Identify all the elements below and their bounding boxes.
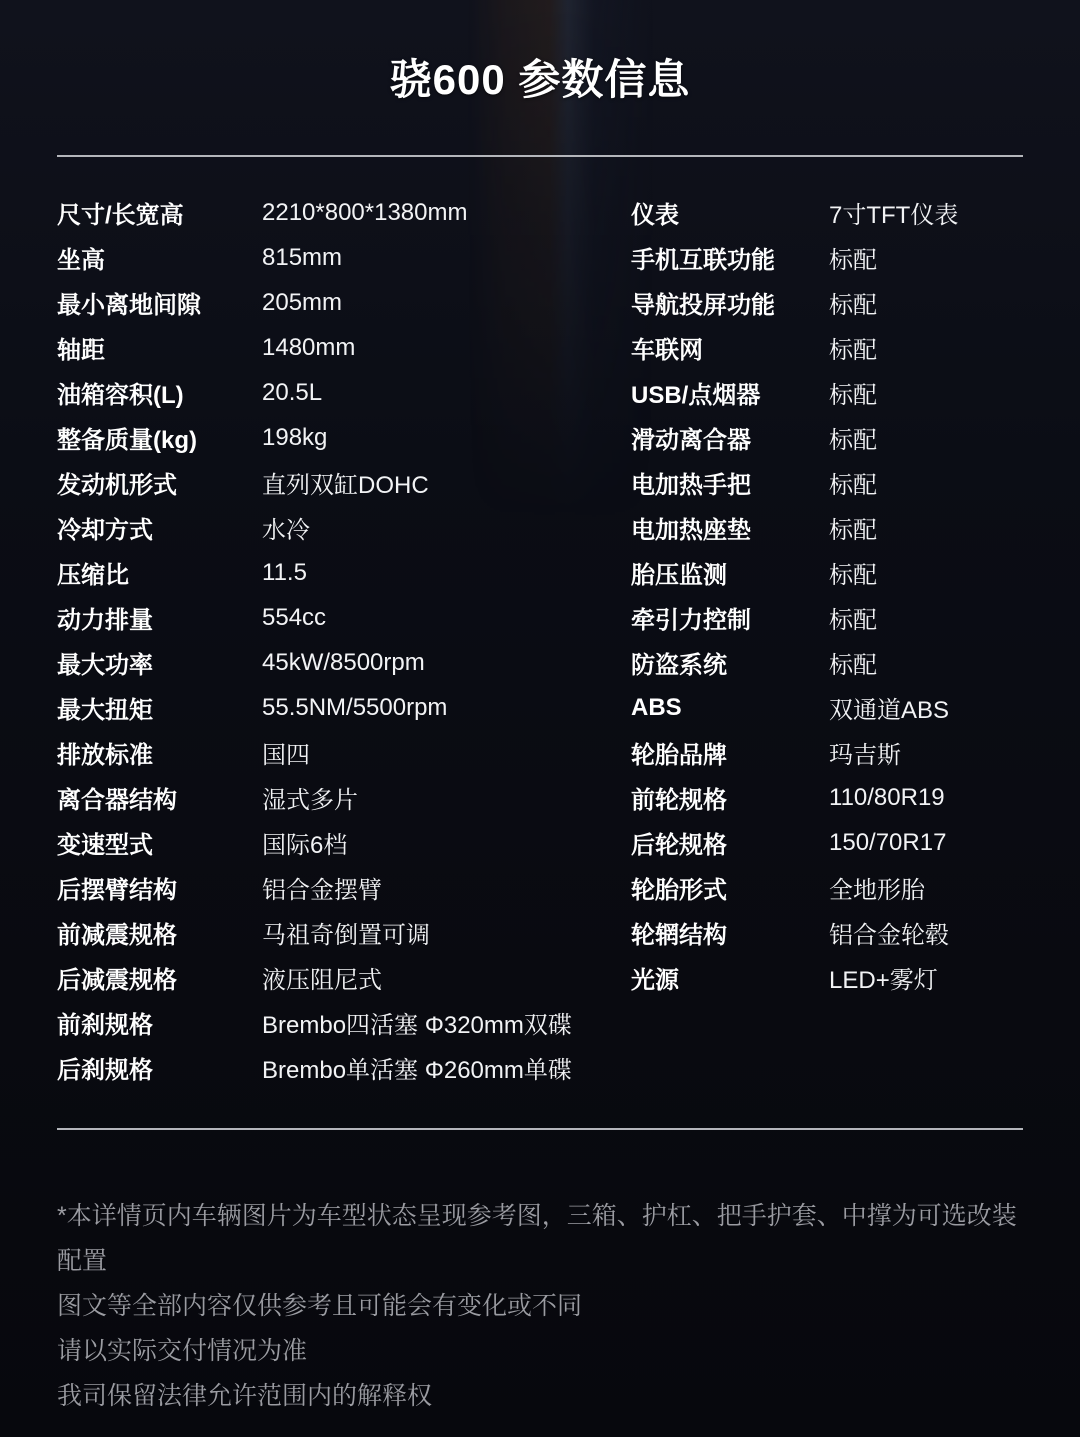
spec-label-right: 牵引力控制	[631, 600, 829, 635]
spec-value-right: 铝合金轮毂	[829, 915, 1023, 950]
spec-label-left: 前减震规格	[57, 915, 262, 950]
spec-label-left: 后摆臂结构	[57, 870, 262, 905]
spec-label-right: 车联网	[631, 330, 829, 365]
spec-value-left: 水冷	[262, 510, 631, 545]
spec-value-left: 直列双缸DOHC	[262, 465, 631, 500]
spec-label-left: 坐高	[57, 240, 262, 275]
spec-value-right: 7寸TFT仪表	[829, 195, 1023, 230]
spec-value-left: 45kW/8500rpm	[262, 649, 631, 677]
spec-value-right: 标配	[829, 330, 1023, 365]
spec-value-left: 液压阻尼式	[262, 960, 631, 995]
spec-value-left: 国际6档	[262, 825, 631, 860]
spec-label-left: 最大功率	[57, 645, 262, 680]
footnote-line: 图文等全部内容仅供参考且可能会有变化或不同	[57, 1284, 1023, 1329]
spec-label-left: 排放标准	[57, 735, 262, 770]
spec-value-right: 标配	[829, 510, 1023, 545]
footnotes: *本详情页内车辆图片为车型状态呈现参考图，三箱、护杠、把手护套、中撑为可选改装配…	[57, 1194, 1023, 1419]
spec-label-right: 轮辋结构	[631, 915, 829, 950]
spec-value-right: 标配	[829, 600, 1023, 635]
spec-label-left: 离合器结构	[57, 780, 262, 815]
spec-label-right: 胎压监测	[631, 555, 829, 590]
spec-label-left: 冷却方式	[57, 510, 262, 545]
footnote-line: 我司保留法律允许范围内的解释权	[57, 1374, 1023, 1419]
spec-value-left: 铝合金摆臂	[262, 870, 631, 905]
spec-label-right: 导航投屏功能	[631, 285, 829, 320]
spec-value-right: 玛吉斯	[829, 735, 1023, 770]
spec-value-left: Brembo四活塞 Φ320mm双碟	[262, 1005, 631, 1040]
spec-value-right: 标配	[829, 555, 1023, 590]
spec-label-left: 变速型式	[57, 825, 262, 860]
spec-label-right: 滑动离合器	[631, 420, 829, 455]
spec-value-left: 11.5	[262, 559, 631, 587]
spec-value-left: 2210*800*1380mm	[262, 199, 631, 227]
spec-label-right: 手机互联功能	[631, 240, 829, 275]
spec-value-left: 554cc	[262, 604, 631, 632]
top-divider	[57, 155, 1023, 157]
spec-label-right: 防盗系统	[631, 645, 829, 680]
spec-label-left: 油箱容积(L)	[57, 375, 262, 410]
spec-label-right: 轮胎形式	[631, 870, 829, 905]
spec-label-left: 发动机形式	[57, 465, 262, 500]
spec-value-left: 205mm	[262, 289, 631, 317]
spec-value-right: 110/80R19	[829, 784, 1023, 812]
spec-value-right: 标配	[829, 375, 1023, 410]
spec-value-left: 198kg	[262, 424, 631, 452]
spec-value-left: 815mm	[262, 244, 631, 272]
spec-value-left: 国四	[262, 735, 631, 770]
spec-label-left: 后减震规格	[57, 960, 262, 995]
spec-value-right: 全地形胎	[829, 870, 1023, 905]
spec-label-right: 轮胎品牌	[631, 735, 829, 770]
spec-value-left: 湿式多片	[262, 780, 631, 815]
spec-value-left: 55.5NM/5500rpm	[262, 694, 631, 722]
spec-label-left: 后刹规格	[57, 1050, 262, 1085]
spec-value-left: Brembo单活塞 Φ260mm单碟	[262, 1050, 631, 1085]
spec-label-left: 最小离地间隙	[57, 285, 262, 320]
spec-value-right: 双通道ABS	[829, 690, 1023, 725]
spec-label-left: 轴距	[57, 330, 262, 365]
spec-label-left: 压缩比	[57, 555, 262, 590]
spec-value-left: 1480mm	[262, 334, 631, 362]
footnote-line: 请以实际交付情况为准	[57, 1329, 1023, 1374]
page-title: 骁600 参数信息	[57, 57, 1023, 103]
spec-value-right: 标配	[829, 645, 1023, 680]
spec-label-right: 电加热手把	[631, 465, 829, 500]
spec-value-right: 标配	[829, 285, 1023, 320]
spec-label-right: ABS	[631, 694, 829, 722]
spec-label-right: 后轮规格	[631, 825, 829, 860]
bottom-divider	[57, 1128, 1023, 1130]
footnote-line: *本详情页内车辆图片为车型状态呈现参考图，三箱、护杠、把手护套、中撑为可选改装配…	[57, 1194, 1023, 1284]
spec-table: 尺寸/长宽高2210*800*1380mm仪表7寸TFT仪表坐高815mm手机互…	[57, 190, 1023, 1090]
spec-value-right: 150/70R17	[829, 829, 1023, 857]
spec-label-left: 最大扭矩	[57, 690, 262, 725]
spec-value-right: 标配	[829, 240, 1023, 275]
spec-label-left: 整备质量(kg)	[57, 420, 262, 455]
spec-value-right: 标配	[829, 420, 1023, 455]
spec-label-left: 动力排量	[57, 600, 262, 635]
spec-label-right: 电加热座垫	[631, 510, 829, 545]
spec-label-right: USB/点烟器	[631, 375, 829, 410]
spec-label-right: 仪表	[631, 195, 829, 230]
spec-sheet-page: 骁600 参数信息 尺寸/长宽高2210*800*1380mm仪表7寸TFT仪表…	[0, 0, 1080, 1437]
spec-label-left: 尺寸/长宽高	[57, 195, 262, 230]
spec-value-left: 马祖奇倒置可调	[262, 915, 631, 950]
spec-label-left: 前刹规格	[57, 1005, 262, 1040]
spec-value-left: 20.5L	[262, 379, 631, 407]
spec-value-right: LED+雾灯	[829, 960, 1023, 995]
spec-label-right: 光源	[631, 960, 829, 995]
spec-label-right: 前轮规格	[631, 780, 829, 815]
spec-value-right: 标配	[829, 465, 1023, 500]
